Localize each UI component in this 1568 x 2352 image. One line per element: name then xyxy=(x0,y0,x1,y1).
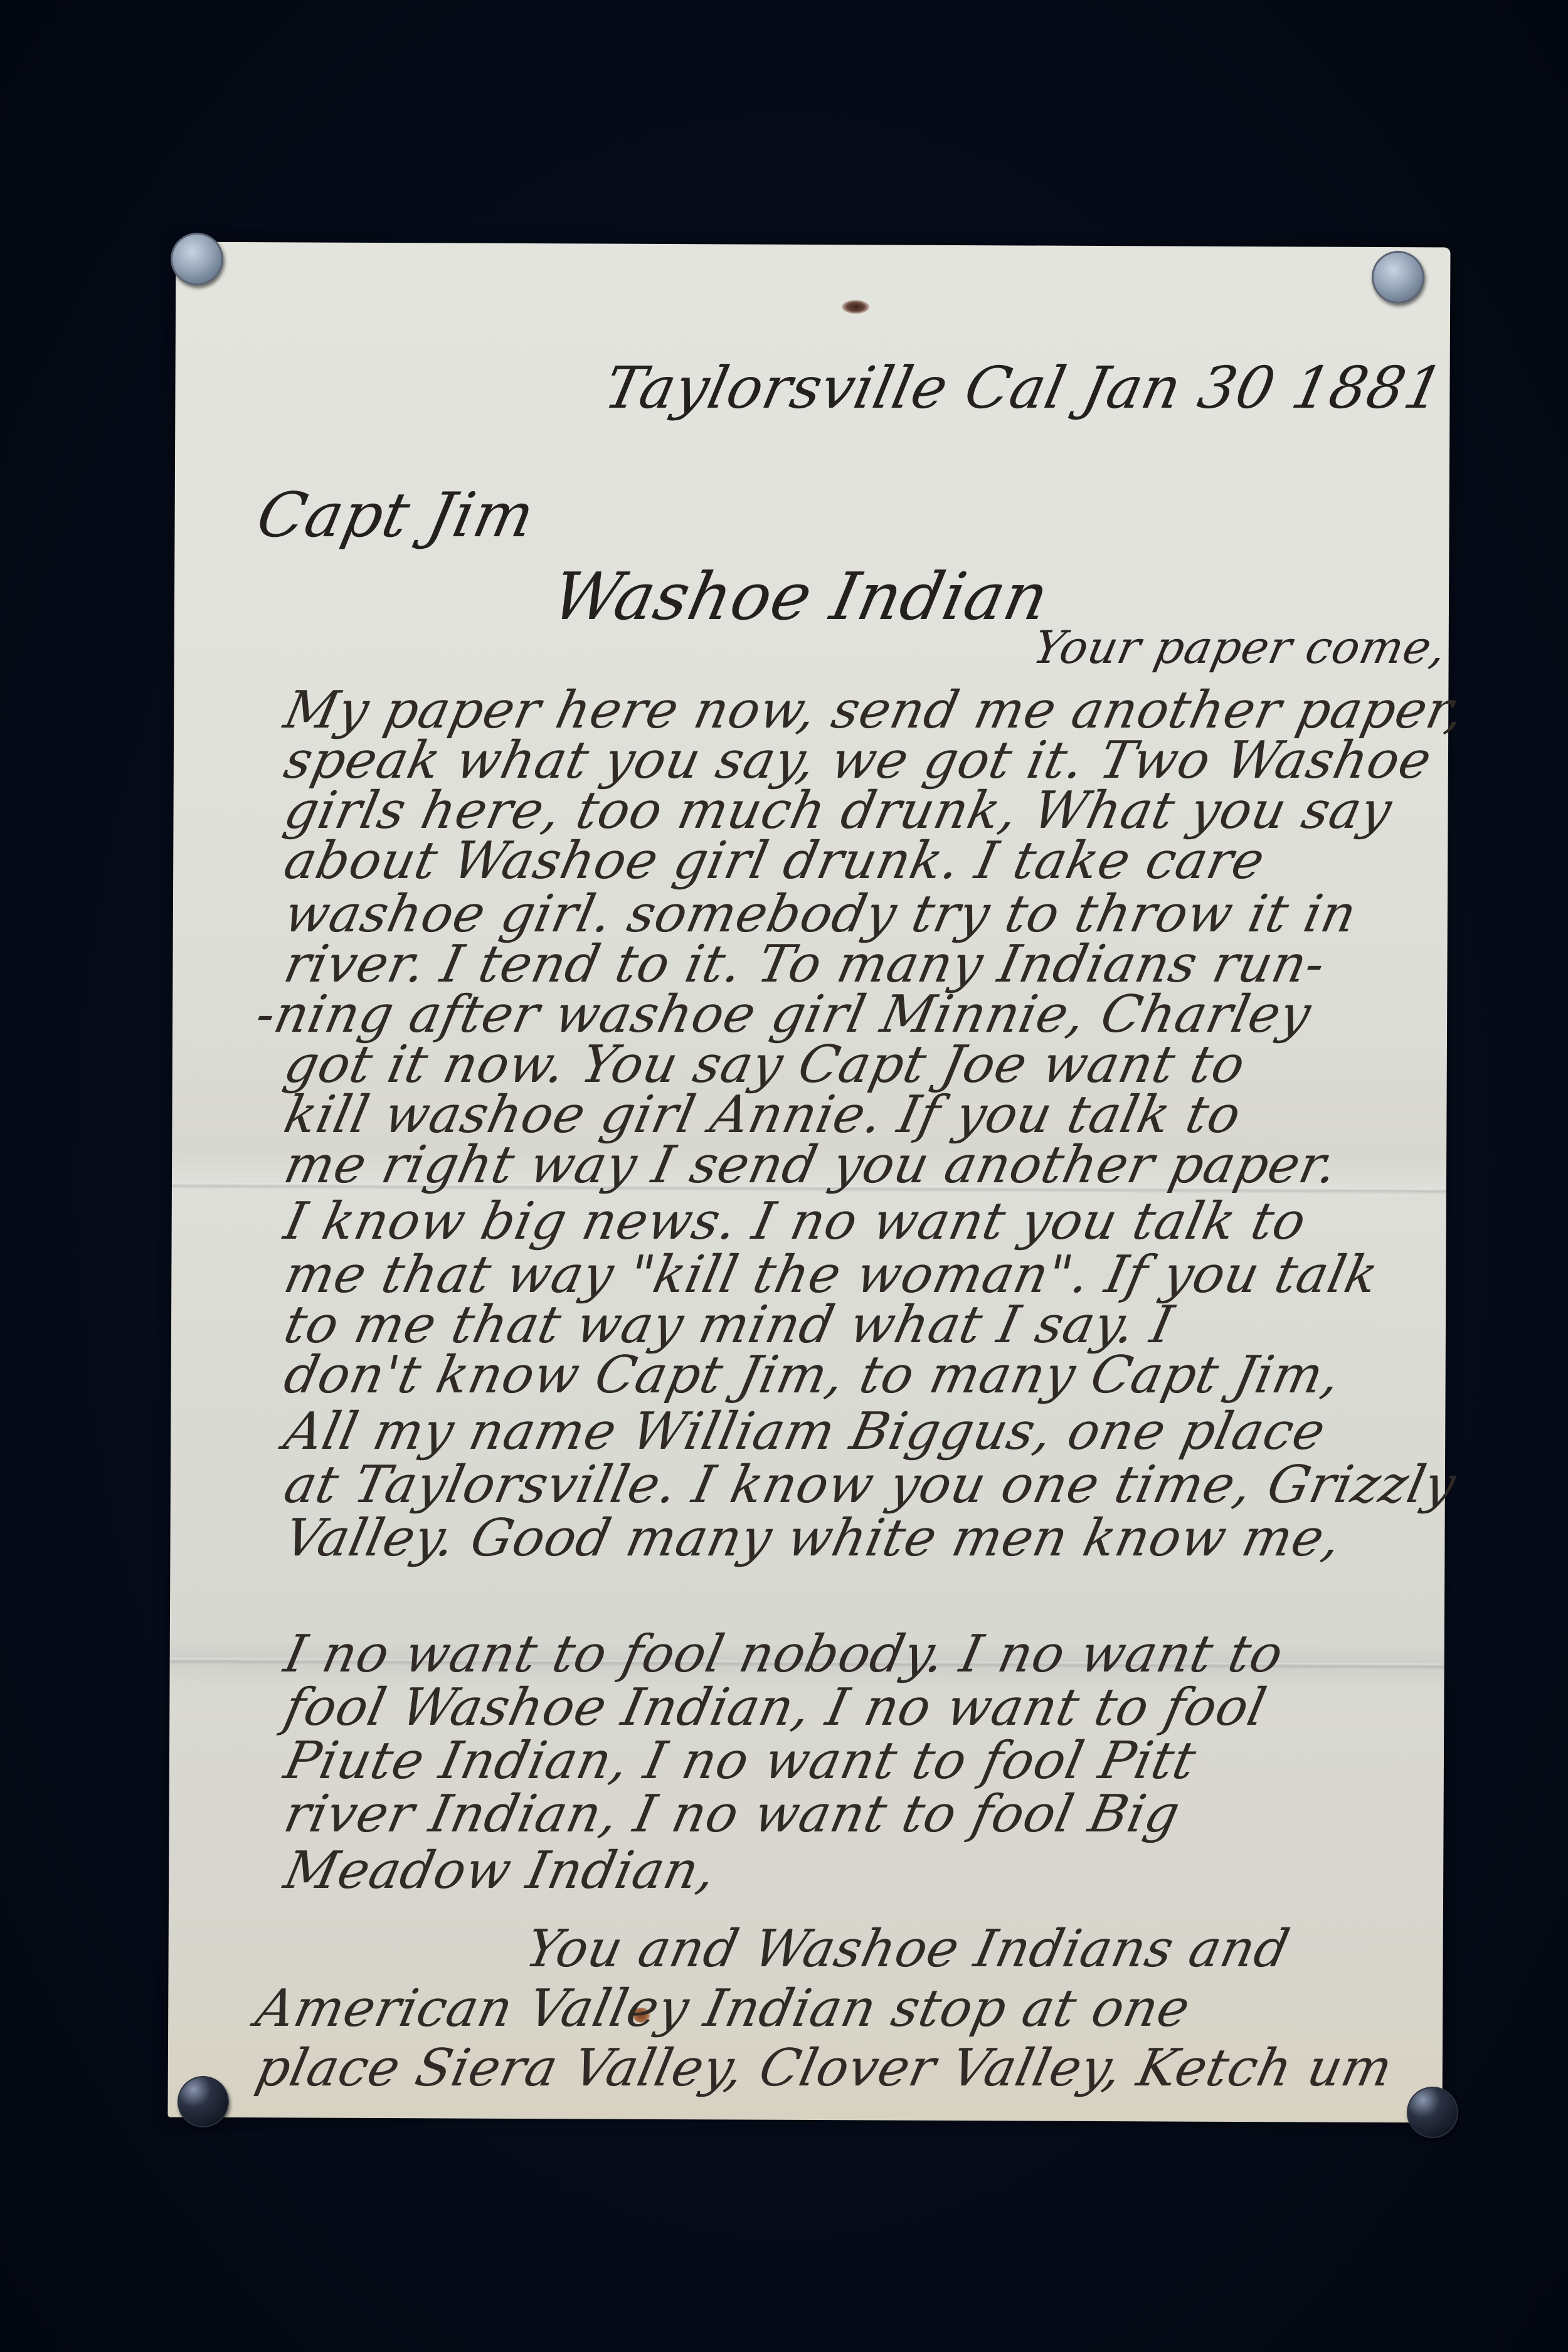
magnet-icon xyxy=(177,2076,229,2127)
letter-line: Valley. Good many white men know me, xyxy=(279,1508,1347,1568)
magnet-icon xyxy=(171,233,223,285)
letter-line: place Siera Valley, Clover Valley, Ketch… xyxy=(251,2038,1398,2098)
letter-dateline: Taylorsville Cal Jan 30 1881 xyxy=(599,354,1449,421)
letter-line: American Valley Indian stop at one xyxy=(251,1979,1195,2038)
letter-salutation: Capt Jim xyxy=(251,480,541,551)
paper-tear-hole xyxy=(842,300,869,314)
letter-addressee-group: Washoe Indian xyxy=(546,558,1056,635)
letter-line: You and Washoe Indians and xyxy=(521,1919,1295,1979)
magnet-icon xyxy=(1372,251,1424,304)
magnet-icon xyxy=(1407,2087,1458,2138)
letter-line: fool Washoe Indian, I no want to fool xyxy=(279,1678,1272,1737)
letter-line: All my name William Biggus, one place xyxy=(279,1402,1331,1461)
letter-line: about Washoe girl drunk. I take care xyxy=(279,831,1270,891)
letter-line: don't know Capt Jim, to many Capt Jim, xyxy=(279,1345,1346,1405)
letter-line: river Indian, I no want to fool Big xyxy=(279,1784,1185,1844)
letter-line: Piute Indian, I no want to fool Pitt xyxy=(279,1731,1201,1791)
letter-line: I know big news. I no want you talk to xyxy=(279,1192,1311,1251)
letter-line: Meadow Indian, xyxy=(279,1841,721,1900)
letter-line: me right way I send you another paper. xyxy=(279,1135,1343,1195)
letter-line: Your paper come, xyxy=(1029,621,1452,674)
letter-line: at Taylorsville. I know you one time, Gr… xyxy=(279,1455,1461,1515)
letter-line: I no want to fool nobody. I no want to xyxy=(279,1624,1289,1684)
